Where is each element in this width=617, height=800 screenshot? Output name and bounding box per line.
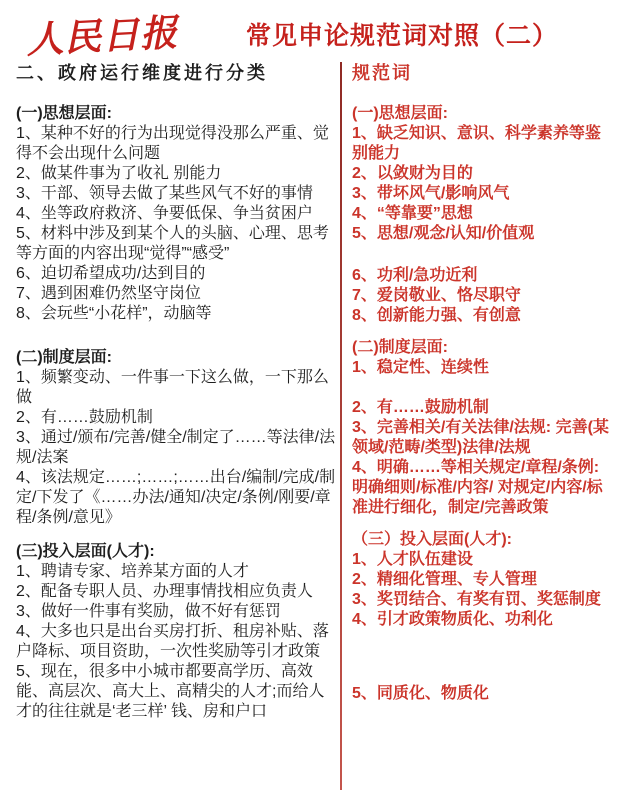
list-item: 4、“等靠要”思想 <box>352 204 612 224</box>
list-item: 2、做某件事为了收礼 别能力 <box>16 164 340 184</box>
list-item: 5、思想/观念/认知/价值观 <box>352 224 612 244</box>
list-item: 5、现在，很多中小城市都要高学历、高效能、高层次、高大上、高精尖的人才;而给人才… <box>16 662 340 722</box>
left-column-original-phrases: 二、政府运行维度进行分类 (一)思想层面: 1、某种不好的行为出现觉得没那么严重… <box>16 62 340 722</box>
list-item: 6、迫切希望成功/达到目的 <box>16 264 340 284</box>
list-item: 5、同质化、物质化 <box>352 684 612 704</box>
list-item: 2、有……鼓励机制 <box>352 398 612 418</box>
list-item: 1、聘请专家、培养某方面的人才 <box>16 562 340 582</box>
list-item: 7、爱岗敬业、恪尽职守 <box>352 286 612 306</box>
list-item: 7、遇到困难仍然坚守岗位 <box>16 284 340 304</box>
section-heading: (三)投入层面(人才): <box>16 542 340 562</box>
list-item: 2、配备专职人员、办理事情找相应负责人 <box>16 582 340 602</box>
left-section-investment: (三)投入层面(人才): 1、聘请专家、培养某方面的人才 2、配备专职人员、办理… <box>16 542 340 722</box>
list-item: 2、精细化管理、专人管理 <box>352 570 612 590</box>
list-item: 8、创新能力强、有创意 <box>352 306 612 326</box>
list-item: 3、通过/颁布/完善/健全/制定了……等法律/法规/法案 <box>16 428 340 468</box>
list-item: 5、材料中涉及到某个人的头脑、心理、思考等方面的内容出现“觉得”“感受” <box>16 224 340 264</box>
column-divider <box>340 62 342 790</box>
list-item: 3、奖罚结合、有奖有罚、奖惩制度 <box>352 590 612 610</box>
right-section-ideology: (一)思想层面: 1、缺乏知识、意识、科学素养等鉴别能力 2、以敛财为目的 3、… <box>352 104 612 326</box>
section-heading: （三）投入层面(人才): <box>352 530 612 550</box>
list-item: 8、会玩些“小花样”，动脑等 <box>16 304 340 324</box>
list-item: 1、缺乏知识、意识、科学素养等鉴别能力 <box>352 124 612 164</box>
list-item: 2、有……鼓励机制 <box>16 408 340 428</box>
section-heading: (二)制度层面: <box>352 338 612 358</box>
list-item: 2、以敛财为目的 <box>352 164 612 184</box>
list-item: 4、明确……等相关规定/章程/条例: 明确细则/标准/内容/ 对规定/内容/标准… <box>352 458 612 518</box>
left-column-title: 二、政府运行维度进行分类 <box>16 62 340 84</box>
right-column-standard-words: 规范词 (一)思想层面: 1、缺乏知识、意识、科学素养等鉴别能力 2、以敛财为目… <box>352 62 612 704</box>
page-title: 常见申论规范词对照（二） <box>232 16 572 52</box>
list-item: 4、引才政策物质化、功利化 <box>352 610 612 630</box>
right-section-institution: (二)制度层面: 1、稳定性、连续性 2、有……鼓励机制 3、完善相关/有关法律… <box>352 338 612 518</box>
list-item: 4、坐等政府救济、争要低保、争当贫困户 <box>16 204 340 224</box>
section-heading: (二)制度层面: <box>16 348 340 368</box>
left-section-ideology: (一)思想层面: 1、某种不好的行为出现觉得没那么严重、觉得不会出现什么问题 2… <box>16 104 340 324</box>
list-item: 1、某种不好的行为出现觉得没那么严重、觉得不会出现什么问题 <box>16 124 340 164</box>
list-item: 3、完善相关/有关法律/法规: 完善(某领域/范畴/类型)法律/法规 <box>352 418 612 458</box>
left-section-institution: (二)制度层面: 1、频繁变动、一件事一下这么做，一下那么做 2、有……鼓励机制… <box>16 348 340 528</box>
right-column-title: 规范词 <box>352 62 612 84</box>
list-item: 3、带坏风气/影响风气 <box>352 184 612 204</box>
renmin-ribao-logo: 人民日报 <box>25 2 178 64</box>
list-item: 4、该法规定……;……;……出台/编制/完成/制定/下发了《……办法/通知/决定… <box>16 468 340 528</box>
list-item: 3、干部、领导去做了某些风气不好的事情 <box>16 184 340 204</box>
list-item: 1、频繁变动、一件事一下这么做，一下那么做 <box>16 368 340 408</box>
right-section-investment: （三）投入层面(人才): 1、人才队伍建设 2、精细化管理、专人管理 3、奖罚结… <box>352 530 612 704</box>
list-item: 4、大多也只是出台买房打折、租房补贴、落户降标、项目资助，一次性奖励等引才政策 <box>16 622 340 662</box>
document-page: 人民日报 常见申论规范词对照（二） 二、政府运行维度进行分类 (一)思想层面: … <box>0 0 617 800</box>
list-item: 6、功利/急功近利 <box>352 266 612 286</box>
section-heading: (一)思想层面: <box>16 104 340 124</box>
list-item: 1、人才队伍建设 <box>352 550 612 570</box>
list-item: 1、稳定性、连续性 <box>352 358 612 378</box>
list-item: 3、做好一件事有奖励，做不好有惩罚 <box>16 602 340 622</box>
section-heading: (一)思想层面: <box>352 104 612 124</box>
